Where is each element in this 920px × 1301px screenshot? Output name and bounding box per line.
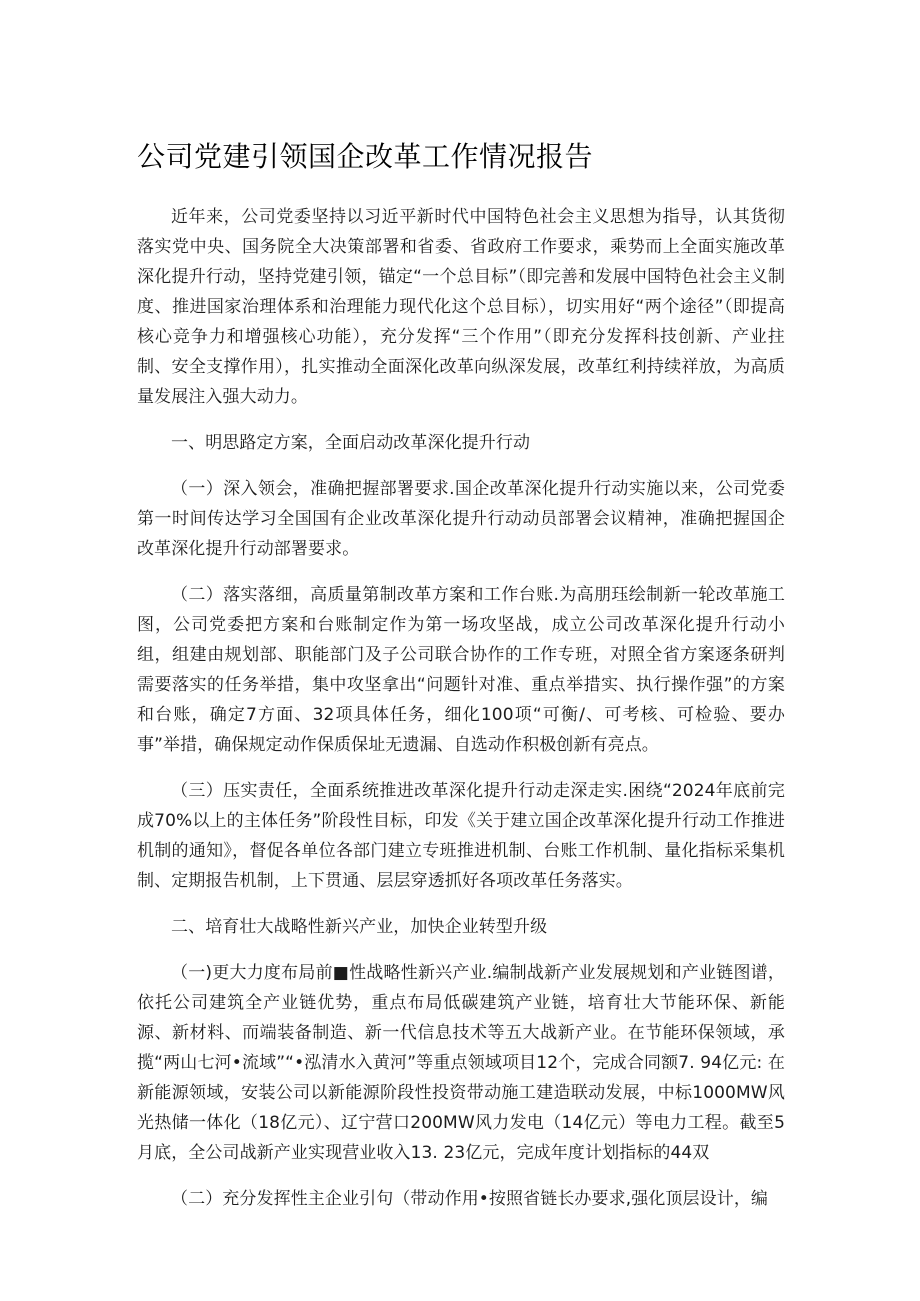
paragraph: （二）充分发挥性主企业引句（带动作用•按照省链长办要求,强化顶层设计，编 — [137, 1184, 785, 1214]
paragraph: （二）落实落细，高质量第制改革方案和工作台账.为高朋珏绘制新一轮改革施工图，公司… — [137, 580, 785, 760]
document-page: 公司党建引领国企改革工作情况报告 近年来，公司党委坚持以习近平新时代中国特色社会… — [0, 0, 920, 1301]
paragraph: （三）压实责任，全面系统推进改革深化提升行动走深走实.困绕“2024年底前完成7… — [137, 776, 785, 896]
section-heading: 一、明思路定方案，全面启动改革深化提升行动 — [137, 428, 785, 458]
document-title: 公司党建引领国企改革工作情况报告 — [137, 140, 785, 174]
section-heading: 二、培育壮大战略性新兴产业，加快企业转型升级 — [137, 912, 785, 942]
paragraph: （一）深入领会，准确把握部署要求.国企改革深化提升行动实施以来，公司党委第一时间… — [137, 474, 785, 564]
paragraph: （一)更大力度布局前■性战略性新兴产业.编制战新产业发展规划和产业链图谱，依托公… — [137, 958, 785, 1168]
paragraph: 近年来，公司党委坚持以习近平新时代中国特色社会主义思想为指导，认其货彻落实党中央… — [137, 202, 785, 412]
